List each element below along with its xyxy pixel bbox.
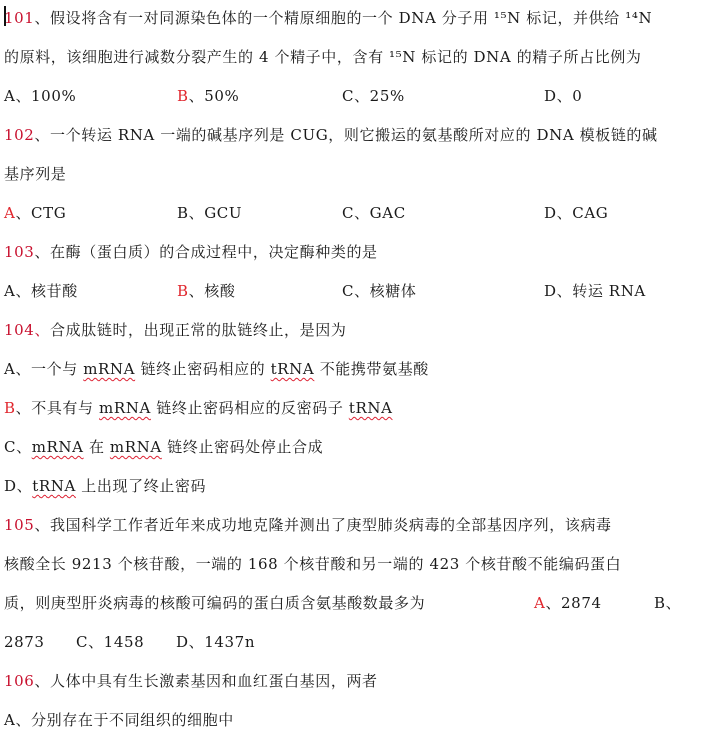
option-b-value: 2873: [4, 630, 45, 654]
option-a: A、100%: [4, 84, 76, 108]
option-b: B、: [654, 591, 681, 615]
question-106-stem: 106、人体中具有生长激素基因和血红蛋白基因，两者: [4, 669, 378, 693]
option-d: D、转运 RNA: [544, 279, 646, 303]
question-103-stem: 103、在酶（蛋白质）的合成过程中，决定酶种类的是: [4, 240, 378, 264]
question-104-stem: 104、合成肽链时，出现正常的肽链终止，是因为: [4, 318, 346, 342]
spellcheck-word: tRNA: [271, 360, 315, 378]
question-105-stem-line2: 核酸全长 9213 个核苷酸，一端的 168 个核苷酸和另一端的 423 个核苷…: [4, 552, 621, 576]
option-d: D、0: [544, 84, 582, 108]
spellcheck-word: mRNA: [32, 438, 84, 456]
option-b-correct: B、50%: [177, 84, 239, 108]
option-d: D、1437n: [176, 630, 255, 654]
option-c: C、核糖体: [342, 279, 416, 303]
option-a-correct: A、2874: [534, 591, 602, 615]
question-number: 101: [4, 9, 34, 27]
question-104-option-b-correct: B、不具有与 mRNA 链终止密码相应的反密码子 tRNA: [4, 396, 393, 420]
spellcheck-word: tRNA: [32, 477, 76, 495]
option-c: C、GAC: [342, 201, 406, 225]
option-a-correct: A、CTG: [4, 201, 66, 225]
question-104-option-a: A、一个与 mRNA 链终止密码相应的 tRNA 不能携带氨基酸: [4, 357, 429, 381]
spellcheck-word: mRNA: [83, 360, 135, 378]
question-106-option-a: A、分别存在于不同组织的细胞中: [4, 708, 234, 732]
question-105-stem-line1: 105、我国科学工作者近年来成功地克隆并测出了庚型肺炎病毒的全部基因序列，该病毒: [4, 513, 612, 537]
option-a: A、核苷酸: [4, 279, 78, 303]
option-d: D、CAG: [544, 201, 608, 225]
option-c: C、25%: [342, 84, 405, 108]
spellcheck-word: tRNA: [349, 399, 393, 417]
question-102-stem-line2: 基序列是: [4, 162, 66, 186]
question-104-option-d: D、tRNA 上出现了终止密码: [4, 474, 206, 498]
question-105-stem-line3: 质，则庚型肝炎病毒的核酸可编码的蛋白质含氨基酸数最多为 A、2874 B、: [4, 591, 425, 615]
option-c: C、1458: [76, 630, 144, 654]
question-104-option-c: C、mRNA 在 mRNA 链终止密码处停止合成: [4, 435, 323, 459]
option-b-correct: B、核酸: [177, 279, 235, 303]
spellcheck-word: mRNA: [110, 438, 162, 456]
question-102-stem-line1: 102、一个转运 RNA 一端的碱基序列是 CUG，则它搬运的氨基酸所对应的 D…: [4, 123, 658, 147]
question-101-stem-line2: 的原料，该细胞进行减数分裂产生的 4 个精子中，含有 ¹⁵N 标记的 DNA 的…: [4, 45, 642, 69]
spellcheck-word: mRNA: [99, 399, 151, 417]
option-b: B、GCU: [177, 201, 242, 225]
question-101-stem-line1: 101、假设将含有一对同源染色体的一个精原细胞的一个 DNA 分子用 ¹⁵N 标…: [4, 6, 652, 30]
